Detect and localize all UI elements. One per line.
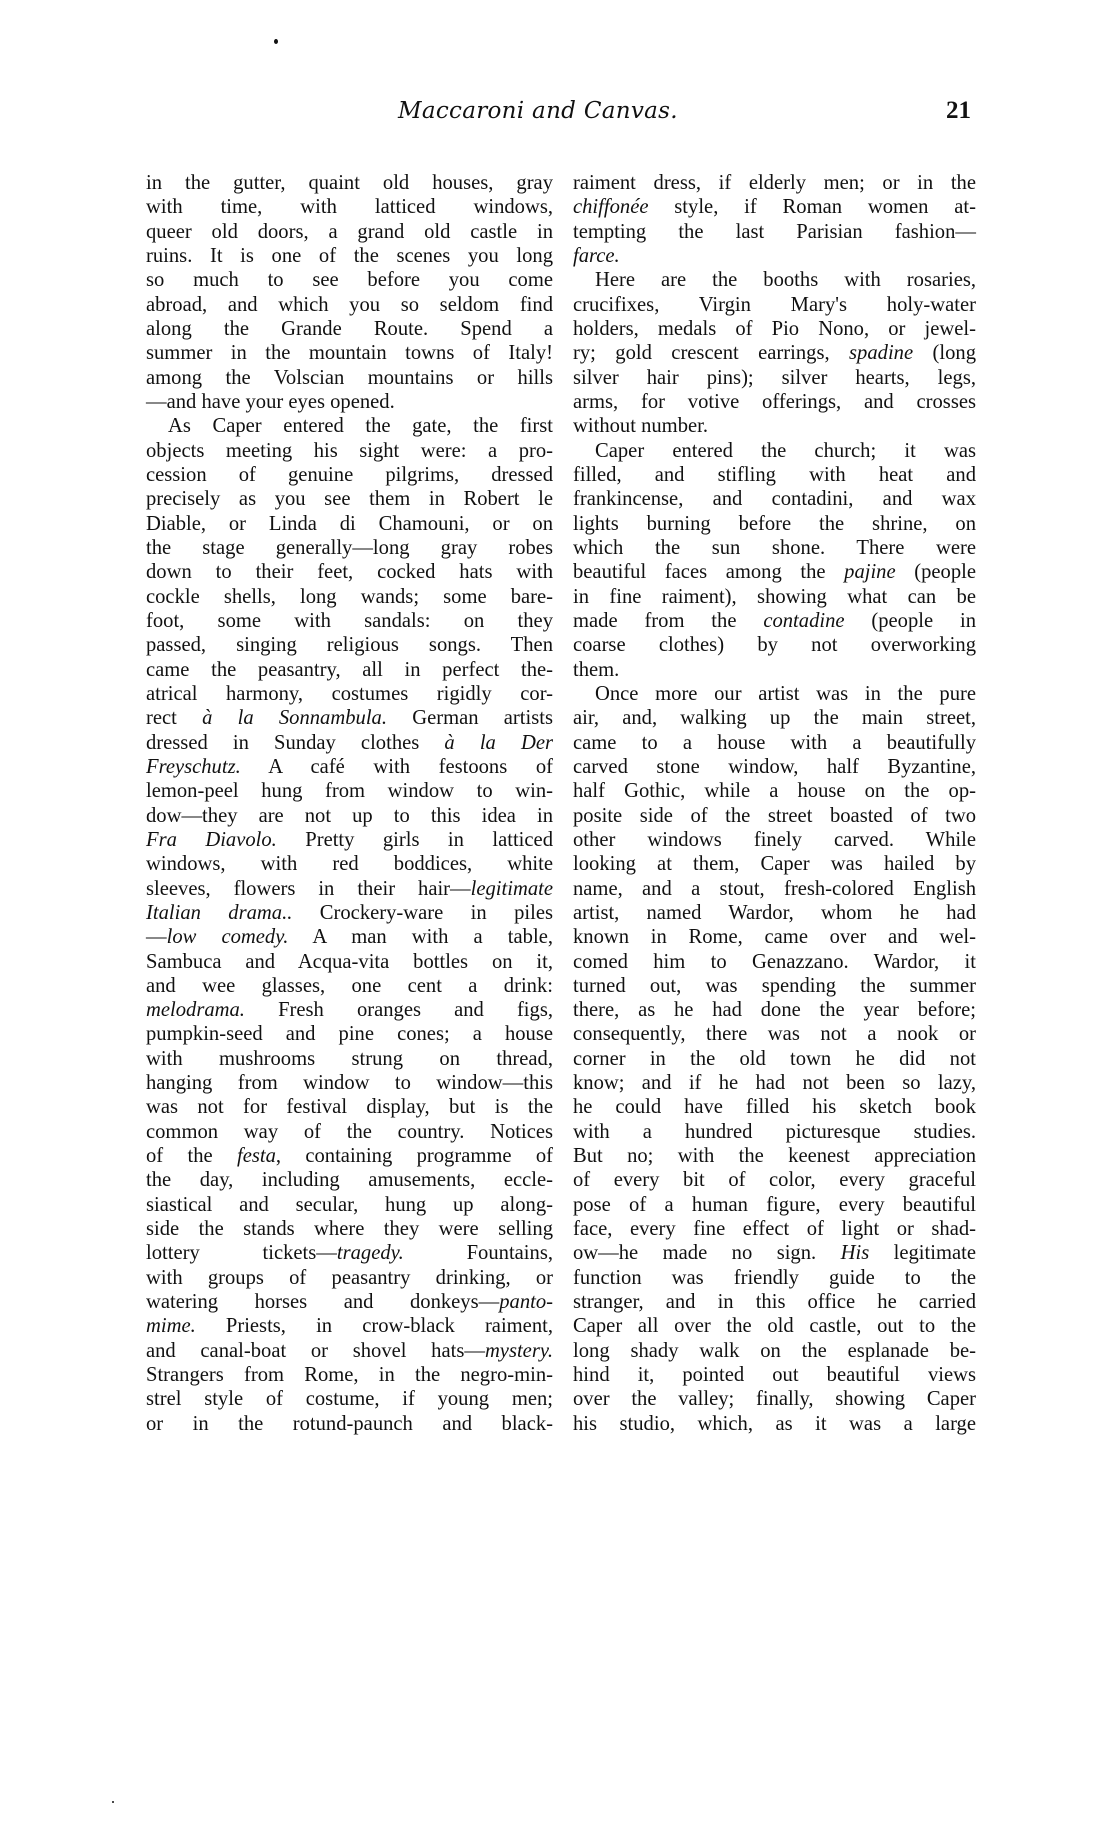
text-run: atrical harmony, costumes rigidly cor-: [146, 683, 553, 705]
text-run: German artists: [387, 707, 553, 729]
text-line: with groups of peasantry drinking, or: [146, 1266, 553, 1290]
text-line: half Gothic, while a house on the op-: [573, 779, 976, 803]
italic-text: spadine: [849, 342, 913, 364]
text-line: farce.: [573, 244, 976, 268]
text-run: half Gothic, while a house on the op-: [573, 780, 976, 802]
italic-text: chiffonée: [573, 196, 648, 218]
text-run: posite side of the street boasted of two: [573, 805, 976, 827]
text-run: watering horses and donkeys—: [146, 1291, 499, 1313]
text-line: hind it, pointed out beautiful views: [573, 1363, 976, 1387]
text-run: other windows finely carved. While: [573, 829, 976, 851]
text-run: Caper entered the church; it was: [595, 440, 976, 462]
text-line: known in Rome, came over and wel-: [573, 925, 976, 949]
text-line: tempting the last Parisian fashion—: [573, 220, 976, 244]
text-run: with time, with latticed windows,: [146, 196, 553, 218]
text-line: —and have your eyes opened.: [146, 390, 553, 414]
text-run: known in Rome, came over and wel-: [573, 926, 976, 948]
print-speck: [112, 1801, 114, 1803]
text-line: Here are the booths with rosaries,: [573, 268, 976, 292]
italic-text: mystery.: [485, 1340, 553, 1362]
text-line: summer in the mountain towns of Italy!: [146, 341, 553, 365]
text-line: corner in the old town he did not: [573, 1047, 976, 1071]
text-run: which the sun shone. There were: [573, 537, 976, 559]
text-line: Sambuca and Acqua-vita bottles on it,: [146, 950, 553, 974]
text-run: with a hundred picturesque studies.: [573, 1121, 976, 1143]
text-line: Fra Diavolo. Pretty girls in latticed: [146, 828, 553, 852]
italic-text: tragedy.: [337, 1242, 404, 1264]
text-run: and canal-boat or shovel hats—: [146, 1340, 485, 1362]
text-line: arms, for votive offerings, and crosses: [573, 390, 976, 414]
text-line: among the Volscian mountains or hills: [146, 366, 553, 390]
text-run: A café with festoons of: [241, 756, 553, 778]
text-run: know; and if he had not been so lazy,: [573, 1072, 976, 1094]
text-line: ow—he made no sign. His legitimate: [573, 1241, 976, 1265]
running-title: Maccaroni and Canvas.: [398, 98, 738, 124]
text-run: beautiful faces among the: [573, 561, 844, 583]
text-line: atrical harmony, costumes rigidly cor-: [146, 682, 553, 706]
text-run: or in the rotund-paunch and black-: [146, 1413, 553, 1435]
text-run: arms, for votive offerings, and crosses: [573, 391, 976, 413]
text-line: which the sun shone. There were: [573, 536, 976, 560]
text-line: beautiful faces among the pajine (people: [573, 560, 976, 584]
text-run: abroad, and which you so seldom find: [146, 294, 553, 316]
text-run: hind it, pointed out beautiful views: [573, 1364, 976, 1386]
text-line: side the stands where they were selling: [146, 1217, 553, 1241]
text-line: sleeves, flowers in their hair—legitimat…: [146, 877, 553, 901]
text-run: artist, named Wardor, whom he had: [573, 902, 976, 924]
text-run: cession of genuine pilgrims, dressed: [146, 464, 553, 486]
text-line: —low comedy. A man with a table,: [146, 925, 553, 949]
text-line: melodrama. Fresh oranges and figs,: [146, 998, 553, 1022]
text-run: in fine raiment), showing what can be: [573, 586, 976, 608]
italic-text: festa: [237, 1145, 276, 1167]
text-run: coarse clothes) by not overworking: [573, 634, 976, 656]
text-line: rect à la Sonnambula. German artists: [146, 706, 553, 730]
text-run: Strangers from Rome, in the negro-min-: [146, 1364, 553, 1386]
text-run: name, and a stout, fresh-colored English: [573, 878, 976, 900]
text-line: mime. Priests, in crow-black raiment,: [146, 1314, 553, 1338]
page-number: 21: [946, 97, 971, 125]
text-run: frankincense, and contadini, and wax: [573, 488, 976, 510]
text-line: made from the contadine (people in: [573, 609, 976, 633]
text-line: dressed in Sunday clothes à la Der: [146, 731, 553, 755]
text-line: air, and, walking up the main street,: [573, 706, 976, 730]
text-run: ruins. It is one of the scenes you long: [146, 245, 553, 267]
text-line: Caper all over the old castle, out to th…: [573, 1314, 976, 1338]
text-run: so much to see before you come: [146, 269, 553, 291]
text-run: siastical and secular, hung up along-: [146, 1194, 553, 1216]
italic-text: panto-: [499, 1291, 553, 1313]
text-run: But no; with the keenest appreciation: [573, 1145, 976, 1167]
text-line: watering horses and donkeys—panto-: [146, 1290, 553, 1314]
text-run: , containing programme of: [276, 1145, 553, 1167]
text-run: turned out, was spending the summer: [573, 975, 976, 997]
text-line: artist, named Wardor, whom he had: [573, 901, 976, 925]
text-run: filled, and stifling with heat and: [573, 464, 976, 486]
text-run: objects meeting his sight were: a pro-: [146, 440, 553, 462]
text-line: comed him to Genazzano. Wardor, it: [573, 950, 976, 974]
text-run: Fresh oranges and figs,: [245, 999, 553, 1021]
text-line: strel style of costume, if young men;: [146, 1387, 553, 1411]
text-run: the day, including amusements, eccle-: [146, 1169, 553, 1191]
text-run: Priests, in crow-black raiment,: [196, 1315, 553, 1337]
text-run: he could have filled his sketch book: [573, 1096, 976, 1118]
text-line: ruins. It is one of the scenes you long: [146, 244, 553, 268]
text-line: Once more our artist was in the pure: [573, 682, 976, 706]
text-run: dow—they are not up to this idea in: [146, 805, 553, 827]
text-run: cockle shells, long wands; some bare-: [146, 586, 553, 608]
text-line: lights burning before the shrine, on: [573, 512, 976, 536]
text-line: he could have filled his sketch book: [573, 1095, 976, 1119]
text-line: abroad, and which you so seldom find: [146, 293, 553, 317]
text-run: ow—he made no sign.: [573, 1242, 841, 1264]
italic-text: pajine: [844, 561, 895, 583]
italic-text: legitimate: [471, 878, 553, 900]
text-line: dow—they are not up to this idea in: [146, 804, 553, 828]
text-line: Diable, or Linda di Chamouni, or on: [146, 512, 553, 536]
text-line: stranger, and in this office he carried: [573, 1290, 976, 1314]
text-line: with mushrooms strung on thread,: [146, 1047, 553, 1071]
text-run: —and have your eyes opened.: [146, 391, 395, 413]
text-line: the day, including amusements, eccle-: [146, 1168, 553, 1192]
text-run: rect: [146, 707, 202, 729]
text-line: consequently, there was not a nook or: [573, 1022, 976, 1046]
text-run: Sambuca and Acqua-vita bottles on it,: [146, 951, 553, 973]
text-line: over the valley; finally, showing Caper: [573, 1387, 976, 1411]
text-run: of every bit of color, every graceful: [573, 1169, 976, 1191]
text-line: As Caper entered the gate, the first: [146, 414, 553, 438]
text-line: Strangers from Rome, in the negro-min-: [146, 1363, 553, 1387]
text-run: came to a house with a beautifully: [573, 732, 976, 754]
text-run: face, every fine effect of light or shad…: [573, 1218, 976, 1240]
text-run: his studio, which, as it was a large: [573, 1413, 976, 1435]
text-run: carved stone window, half Byzantine,: [573, 756, 976, 778]
text-run: over the valley; finally, showing Caper: [573, 1388, 976, 1410]
text-line: the stage generally—long gray robes: [146, 536, 553, 560]
text-line: ry; gold crescent earrings, spadine (lon…: [573, 341, 976, 365]
text-line: passed, singing religious songs. Then: [146, 633, 553, 657]
text-run: the stage generally—long gray robes: [146, 537, 553, 559]
text-line: of the festa, containing programme of: [146, 1144, 553, 1168]
text-line: was not for festival display, but is the: [146, 1095, 553, 1119]
text-run: stranger, and in this office he carried: [573, 1291, 976, 1313]
italic-text: contadine: [763, 610, 844, 632]
text-run: Here are the booths with rosaries,: [595, 269, 976, 291]
text-run: Caper all over the old castle, out to th…: [573, 1315, 976, 1337]
text-run: common way of the country. Notices: [146, 1121, 553, 1143]
text-run: function was friendly guide to the: [573, 1267, 976, 1289]
text-column-right: raiment dress, if elderly men; or in the…: [573, 171, 976, 1436]
text-run: there, as he had done the year before;: [573, 999, 976, 1021]
text-line: pose of a human figure, every beautiful: [573, 1193, 976, 1217]
text-run: among the Volscian mountains or hills: [146, 367, 553, 389]
text-line: came the peasantry, all in perfect the-: [146, 658, 553, 682]
text-run: crucifixes, Virgin Mary's holy-water: [573, 294, 976, 316]
text-run: legitimate: [869, 1242, 976, 1264]
text-run: raiment dress, if elderly men; or in the: [573, 172, 976, 194]
text-run: without number.: [573, 415, 708, 437]
text-run: Pretty girls in latticed: [277, 829, 553, 851]
text-run: (people: [896, 561, 976, 583]
text-line: and canal-boat or shovel hats—mystery.: [146, 1339, 553, 1363]
text-run: down to their feet, cocked hats with: [146, 561, 553, 583]
text-run: and wee glasses, one cent a drink:: [146, 975, 553, 997]
italic-text: à la Sonnambula.: [202, 707, 387, 729]
italic-text: Italian drama..: [146, 902, 292, 924]
text-run: windows, with red boddices, white: [146, 853, 553, 875]
text-line: of every bit of color, every graceful: [573, 1168, 976, 1192]
text-line: hanging from window to window—this: [146, 1071, 553, 1095]
italic-text: Fra Diavolo.: [146, 829, 277, 851]
text-line: along the Grande Route. Spend a: [146, 317, 553, 341]
text-run: them.: [573, 659, 619, 681]
text-run: sleeves, flowers in their hair—: [146, 878, 471, 900]
text-line: down to their feet, cocked hats with: [146, 560, 553, 584]
text-line: holders, medals of Pio Nono, or jewel-: [573, 317, 976, 341]
text-run: of the: [146, 1145, 237, 1167]
text-line: so much to see before you come: [146, 268, 553, 292]
text-line: function was friendly guide to the: [573, 1266, 976, 1290]
text-run: consequently, there was not a nook or: [573, 1023, 976, 1045]
text-run: lights burning before the shrine, on: [573, 513, 976, 535]
text-run: Fountains,: [404, 1242, 553, 1264]
text-run: air, and, walking up the main street,: [573, 707, 976, 729]
text-line: or in the rotund-paunch and black-: [146, 1412, 553, 1436]
text-line: cession of genuine pilgrims, dressed: [146, 463, 553, 487]
text-line: name, and a stout, fresh-colored English: [573, 877, 976, 901]
text-line: filled, and stifling with heat and: [573, 463, 976, 487]
text-run: with groups of peasantry drinking, or: [146, 1267, 553, 1289]
text-line: in fine raiment), showing what can be: [573, 585, 976, 609]
italic-text: Freyschutz.: [146, 756, 241, 778]
text-line: his studio, which, as it was a large: [573, 1412, 976, 1436]
text-run: —: [146, 926, 167, 948]
text-run: pose of a human figure, every beautiful: [573, 1194, 976, 1216]
text-line: looking at them, Caper was hailed by: [573, 852, 976, 876]
text-line: frankincense, and contadini, and wax: [573, 487, 976, 511]
text-line: lemon-peel hung from window to win-: [146, 779, 553, 803]
text-run: in the gutter, quaint old houses, gray: [146, 172, 553, 194]
text-run: hanging from window to window—this: [146, 1072, 553, 1094]
text-line: precisely as you see them in Robert le: [146, 487, 553, 511]
text-line: But no; with the keenest appreciation: [573, 1144, 976, 1168]
text-run: lemon-peel hung from window to win-: [146, 780, 553, 802]
text-run: ry; gold crescent earrings,: [573, 342, 849, 364]
text-run: comed him to Genazzano. Wardor, it: [573, 951, 976, 973]
text-run: long shady walk on the esplanade be-: [573, 1340, 976, 1362]
italic-text: melodrama.: [146, 999, 245, 1021]
italic-text: low comedy.: [167, 926, 289, 948]
text-line: them.: [573, 658, 976, 682]
italic-text: à la Der: [444, 732, 553, 754]
text-line: other windows finely carved. While: [573, 828, 976, 852]
text-line: posite side of the street boasted of two: [573, 804, 976, 828]
text-line: cockle shells, long wands; some bare-: [146, 585, 553, 609]
text-run: (long: [913, 342, 976, 364]
text-line: common way of the country. Notices: [146, 1120, 553, 1144]
text-line: there, as he had done the year before;: [573, 998, 976, 1022]
text-line: pumpkin-seed and pine cones; a house: [146, 1022, 553, 1046]
text-run: A man with a table,: [288, 926, 553, 948]
text-line: objects meeting his sight were: a pro-: [146, 439, 553, 463]
text-run: strel style of costume, if young men;: [146, 1388, 553, 1410]
text-line: crucifixes, Virgin Mary's holy-water: [573, 293, 976, 317]
text-run: (people in: [845, 610, 976, 632]
text-run: foot, some with sandals: on they: [146, 610, 553, 632]
text-line: Italian drama.. Crockery-ware in piles: [146, 901, 553, 925]
text-line: chiffonée style, if Roman women at-: [573, 195, 976, 219]
text-run: silver hair pins); silver hearts, legs,: [573, 367, 976, 389]
text-run: dressed in Sunday clothes: [146, 732, 444, 754]
text-run: looking at them, Caper was hailed by: [573, 853, 976, 875]
text-run: Crockery-ware in piles: [292, 902, 553, 924]
text-run: As Caper entered the gate, the first: [168, 415, 553, 437]
text-run: queer old doors, a grand old castle in: [146, 221, 553, 243]
text-line: face, every fine effect of light or shad…: [573, 1217, 976, 1241]
text-run: Once more our artist was in the pure: [595, 683, 976, 705]
italic-text: mime.: [146, 1315, 196, 1337]
text-line: lottery tickets—tragedy. Fountains,: [146, 1241, 553, 1265]
text-line: queer old doors, a grand old castle in: [146, 220, 553, 244]
text-run: holders, medals of Pio Nono, or jewel-: [573, 318, 976, 340]
text-run: pumpkin-seed and pine cones; a house: [146, 1023, 553, 1045]
text-run: summer in the mountain towns of Italy!: [146, 342, 553, 364]
text-run: along the Grande Route. Spend a: [146, 318, 553, 340]
text-run: lottery tickets—: [146, 1242, 337, 1264]
text-line: know; and if he had not been so lazy,: [573, 1071, 976, 1095]
text-run: style, if Roman women at-: [648, 196, 976, 218]
text-line: with a hundred picturesque studies.: [573, 1120, 976, 1144]
text-line: in the gutter, quaint old houses, gray: [146, 171, 553, 195]
print-speck: [274, 39, 278, 44]
text-line: and wee glasses, one cent a drink:: [146, 974, 553, 998]
text-line: coarse clothes) by not overworking: [573, 633, 976, 657]
text-line: Caper entered the church; it was: [573, 439, 976, 463]
text-run: tempting the last Parisian fashion—: [573, 221, 976, 243]
text-line: came to a house with a beautifully: [573, 731, 976, 755]
text-run: made from the: [573, 610, 763, 632]
text-run: with mushrooms strung on thread,: [146, 1048, 553, 1070]
text-line: long shady walk on the esplanade be-: [573, 1339, 976, 1363]
text-line: raiment dress, if elderly men; or in the: [573, 171, 976, 195]
text-line: silver hair pins); silver hearts, legs,: [573, 366, 976, 390]
text-line: turned out, was spending the summer: [573, 974, 976, 998]
italic-text: farce.: [573, 245, 620, 267]
text-run: Diable, or Linda di Chamouni, or on: [146, 513, 553, 535]
text-line: Freyschutz. A café with festoons of: [146, 755, 553, 779]
text-run: corner in the old town he did not: [573, 1048, 976, 1070]
book-page: Maccaroni and Canvas. 21 in the gutter, …: [0, 0, 1120, 1825]
italic-text: His: [841, 1242, 870, 1264]
text-column-left: in the gutter, quaint old houses, graywi…: [146, 171, 553, 1436]
text-line: carved stone window, half Byzantine,: [573, 755, 976, 779]
text-run: passed, singing religious songs. Then: [146, 634, 553, 656]
text-line: windows, with red boddices, white: [146, 852, 553, 876]
text-run: was not for festival display, but is the: [146, 1096, 553, 1118]
text-line: without number.: [573, 414, 976, 438]
text-run: came the peasantry, all in perfect the-: [146, 659, 553, 681]
text-line: siastical and secular, hung up along-: [146, 1193, 553, 1217]
text-run: precisely as you see them in Robert le: [146, 488, 553, 510]
text-line: foot, some with sandals: on they: [146, 609, 553, 633]
text-run: side the stands where they were selling: [146, 1218, 553, 1240]
text-line: with time, with latticed windows,: [146, 195, 553, 219]
